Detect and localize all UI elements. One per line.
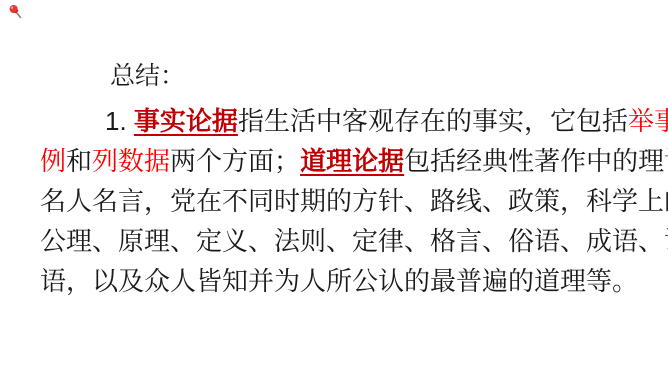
text-line: 名人名言，党在不同时期的方针、路线、政策，科学上的 [40, 181, 664, 221]
text-line: 公理、原理、定义、法则、定律、格言、俗语、成语、谚 [40, 221, 664, 261]
body-text-segment: 两个方面； [170, 146, 300, 176]
text-line: 语，以及众人皆知并为人所公认的最普遍的道理等。 [40, 261, 664, 301]
body-text-segment: 指生活中客观存在的事实，它包括 [238, 106, 628, 136]
body-text-segment: 语，以及众人皆知并为人所公认的最普遍的道理等。 [40, 266, 638, 296]
text-line: 例和列数据两个方面；道理论据包括经典性著作中的理论， [40, 141, 664, 181]
highlighted-term: 列数据 [92, 146, 170, 176]
highlighted-term: 事实论据 [134, 106, 238, 136]
text-line: 1. 事实论据指生活中客观存在的事实，它包括举事 [40, 101, 664, 141]
summary-paragraph: 1. 事实论据指生活中客观存在的事实，它包括举事例和列数据两个方面；道理论据包括… [40, 101, 664, 301]
body-text-segment: 公理、原理、定义、法则、定律、格言、俗语、成语、谚 [40, 226, 668, 256]
summary-title: 总结： [110, 60, 185, 92]
body-text-segment: 名人名言，党在不同时期的方针、路线、政策，科学上的 [40, 186, 668, 216]
highlighted-term: 道理论据 [300, 146, 404, 176]
presentation-slide: 总结： 1. 事实论据指生活中客观存在的事实，它包括举事例和列数据两个方面；道理… [0, 0, 668, 376]
body-text-segment: 1. [105, 106, 134, 136]
highlighted-term: 例 [40, 146, 66, 176]
body-text-segment: 包括经典性著作中的理论， [404, 146, 668, 176]
highlighted-term: 举事 [628, 106, 668, 136]
body-text-segment: 和 [66, 146, 92, 176]
pushpin-icon [8, 4, 23, 19]
